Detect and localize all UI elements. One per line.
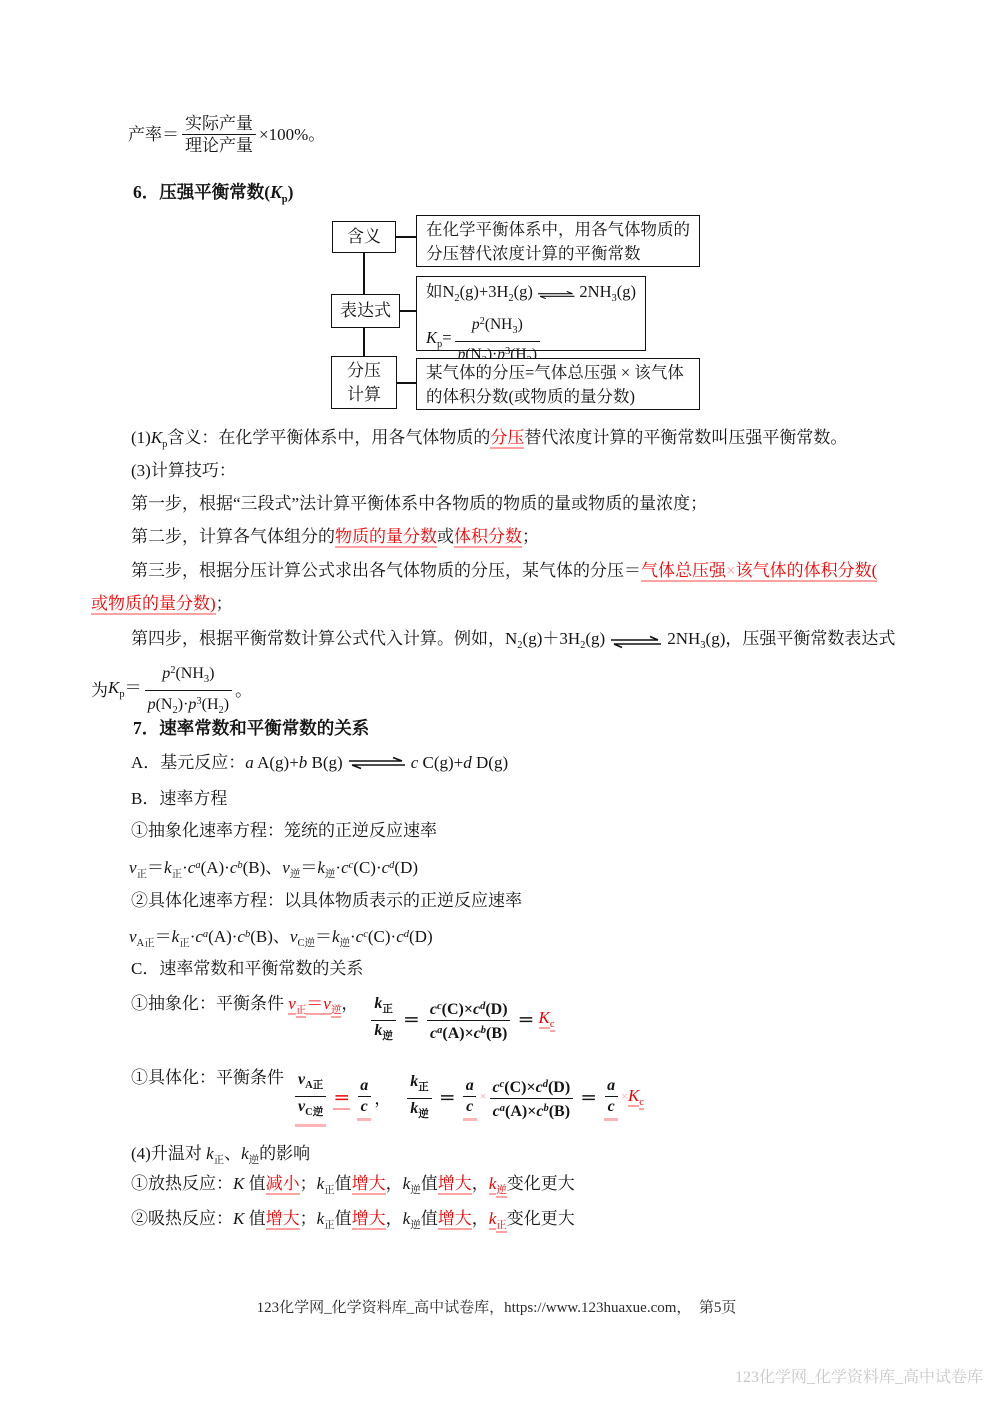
kc-symbol: Kc xyxy=(539,1006,555,1036)
section7-heading: 7．速率常数和平衡常数的关系 xyxy=(133,717,369,740)
step4-lead: 为 xyxy=(91,679,108,702)
times-sign: × xyxy=(480,1085,487,1113)
equilibrium-arrow-icon xyxy=(536,288,577,302)
step4-text-left: 第四步，根据平衡常数计算公式代入计算。例如，N2(g)＋3H2(g) xyxy=(131,627,605,657)
line-temperature-effect: (4)升温对 k正、k逆的影响 xyxy=(131,1142,310,1172)
equation-concrete-rate: vA正＝k正·ca(A)·cb(B)、vC逆＝k逆·cc(C)·cd(D) xyxy=(129,923,433,955)
diagram-label-partial-pressure: 分压 计算 xyxy=(331,356,397,409)
watermark: 123化学网_化学资料库_高中试卷库 xyxy=(735,1366,983,1389)
equilibrium-arrow-icon xyxy=(608,635,664,649)
yield-fraction-denominator: 理论产量 xyxy=(182,134,256,156)
v-C-reverse: vC逆 xyxy=(295,1096,326,1123)
line-concrete-rate: ②具体化速率方程：以具体物质表示的正逆反应速率 xyxy=(131,889,522,912)
paragraph-step4-line1: 第四步，根据平衡常数计算公式代入计算。例如，N2(g)＋3H2(g) 2NH3(… xyxy=(131,627,895,657)
line-elementary-reaction: A．基元反应：a A(g)+b B(g) c C(g)+d D(g) xyxy=(131,751,508,774)
k-reverse: k逆 xyxy=(407,1098,432,1125)
coefficient-c: c xyxy=(463,1096,476,1117)
equals-sign: ＝ xyxy=(403,1009,420,1032)
lineA-left: A．基元反应：a A(g)+b B(g) xyxy=(131,751,343,774)
v-A-forward: vA正 xyxy=(295,1070,326,1096)
diagram-label-expression: 表达式 xyxy=(331,294,400,328)
ac-ratio-fraction: a c xyxy=(463,1076,477,1121)
kc-symbol: Kc xyxy=(628,1084,644,1114)
k-ratio-fraction: k正 k逆 xyxy=(407,1072,432,1125)
document-page: 产率＝ 实际产量 理论产量 ×100%。 6．压强平衡常数(Kp) 含义 在化学… xyxy=(0,0,993,1404)
v-ratio-fraction: vA正 vC逆 xyxy=(295,1070,326,1127)
paragraph-step4-formula: 为 Kp＝ p2(NH3) p(N2)·p3(H2) 。 xyxy=(91,660,252,721)
coefficient-c: c xyxy=(605,1096,618,1117)
coefficient-a: a xyxy=(604,1076,618,1096)
equals-sign: ＝ xyxy=(580,1087,597,1110)
line-exothermic: ①放热反应：K 值减小；k正值增大，k逆值增大，k逆变化更大 xyxy=(131,1172,575,1202)
k-forward: k正 xyxy=(371,994,396,1020)
concentration-numerator: cc(C)×cd(D) xyxy=(489,1075,573,1098)
label-line2: 计算 xyxy=(347,383,381,407)
step4-tail: 。 xyxy=(235,679,252,702)
abstract-fraction-group: k正 k逆 ＝ cc(C)×cd(D) ca(A)×cb(B) ＝ Kc xyxy=(368,994,554,1047)
diagram-connector-1 xyxy=(395,236,417,238)
paragraph-step1: 第一步，根据“三段式”法计算平衡体系中各物质的物质的量或物质的量浓度； xyxy=(131,492,707,515)
yield-lead: 产率＝ xyxy=(128,123,179,146)
yield-fraction-numerator: 实际产量 xyxy=(182,113,256,134)
equilibrium-arrow-icon xyxy=(346,756,408,770)
k-ratio-fraction: k正 k逆 xyxy=(371,994,396,1047)
abstract-prefix: ①抽象化：平衡条件 v正＝v逆， xyxy=(131,992,358,1022)
red-equals-sign: ＝ xyxy=(333,1087,350,1110)
equals-sign: ＝ xyxy=(518,1009,535,1032)
k-forward: k正 xyxy=(407,1072,432,1098)
coefficient-c: c xyxy=(358,1096,371,1117)
reaction-left: 如N2(g)+3H2(g) xyxy=(426,280,533,311)
diagram-connector-3 xyxy=(395,382,417,384)
step4-kp-fraction: p2(NH3) p(N2)·p3(H2) xyxy=(145,660,233,721)
paragraph-calc-tips: (3)计算技巧： xyxy=(131,459,236,482)
line-abstract-rate: ①抽象化速率方程：笼统的正逆反应速率 xyxy=(131,819,437,842)
diagram-label-meaning: 含义 xyxy=(332,221,396,253)
concentration-fraction: cc(C)×cd(D) ca(A)×cb(B) xyxy=(427,997,511,1044)
line-endothermic: ②吸热反应：K 值增大；k正值增大，k逆值增大，k正变化更大 xyxy=(131,1207,575,1237)
lineA-right: c C(g)+d D(g) xyxy=(411,751,508,774)
diagram-expression-box: 如N2(g)+3H2(g) 2NH3(g) Kp= p2(NH3) p(N2)·… xyxy=(416,276,646,351)
equals-sign: ＝ xyxy=(439,1087,456,1110)
yield-tail: ×100%。 xyxy=(259,123,325,146)
step4-text-right: 2NH3(g)，压强平衡常数表达式 xyxy=(667,627,895,657)
k-reverse: k逆 xyxy=(371,1020,396,1047)
diagram-meaning-text: 在化学平衡体系中，用各气体物质的分压替代浓度计算的平衡常数 xyxy=(416,215,700,267)
line-rate-equation: B．速率方程 xyxy=(131,787,227,810)
step4-fraction-numerator: p2(NH3) xyxy=(159,660,217,690)
yield-formula: 产率＝ 实际产量 理论产量 ×100%。 xyxy=(128,113,325,156)
concrete-fraction-group: vA正 vC逆 ＝ a c ， k正 k逆 ＝ a c × cc(C)×cd(D… xyxy=(292,1070,644,1127)
kp-fraction-numerator: p2(NH3) xyxy=(469,312,526,341)
diagram-partial-pressure-text: 某气体的分压=气体总压强 × 该气体的体积分数(或物质的量分数) xyxy=(416,358,700,410)
times-sign: × xyxy=(621,1085,628,1113)
diagram-expression-reaction: 如N2(g)+3H2(g) 2NH3(g) xyxy=(426,280,636,311)
page-footer: 123化学网_化学资料库_高中试卷库，https://www.123huaxue… xyxy=(0,1297,993,1320)
step4-kp-symbol: Kp＝ xyxy=(108,676,142,706)
section6-heading: 6．压强平衡常数(Kp) xyxy=(133,181,293,211)
paragraph-step3-line1: 第三步，根据分压计算公式求出各气体物质的分压，某气体的分压＝气体总压强×该气体的… xyxy=(131,559,877,582)
equation-abstract-rate: v正＝k正·ca(A)·cb(B)、v逆＝k逆·cc(C)·cd(D) xyxy=(129,854,418,886)
paragraph-step3-line2: 或物质的量分数)； xyxy=(91,592,233,615)
reaction-right: 2NH3(g) xyxy=(579,280,636,311)
coefficient-a: a xyxy=(463,1076,477,1096)
ac-ratio-fraction: a c xyxy=(357,1076,371,1121)
yield-fraction: 实际产量 理论产量 xyxy=(182,113,256,156)
paragraph-step2: 第二步，计算各气体组分的物质的量分数或体积分数； xyxy=(131,525,539,548)
line-concrete-equilibrium: ①具体化：平衡条件 vA正 vC逆 ＝ a c ， k正 k逆 ＝ a c × xyxy=(131,1066,644,1127)
concentration-fraction: cc(C)×cd(D) ca(A)×cb(B) xyxy=(489,1075,573,1122)
label-line1: 分压 xyxy=(347,359,381,383)
line-k-K-relation: C．速率常数和平衡常数的关系 xyxy=(131,957,363,980)
ac-ratio-fraction: a c xyxy=(604,1076,618,1121)
coefficient-a: a xyxy=(357,1076,371,1096)
concrete-prefix: ①具体化：平衡条件 xyxy=(131,1066,284,1089)
paragraph-kp-meaning: (1)Kp含义：在化学平衡体系中，用各气体物质的分压替代浓度计算的平衡常数叫压强… xyxy=(131,426,847,456)
diagram-connector-2 xyxy=(399,310,417,312)
concentration-denominator: ca(A)×cb(B) xyxy=(490,1098,573,1122)
concentration-numerator: cc(C)×cd(D) xyxy=(427,997,511,1020)
line-abstract-equilibrium: ①抽象化：平衡条件 v正＝v逆， k正 k逆 ＝ cc(C)×cd(D) ca(… xyxy=(131,992,555,1047)
comma: ， xyxy=(374,1087,391,1110)
concentration-denominator: ca(A)×cb(B) xyxy=(427,1020,510,1044)
kp-symbol: Kp= xyxy=(426,326,452,357)
